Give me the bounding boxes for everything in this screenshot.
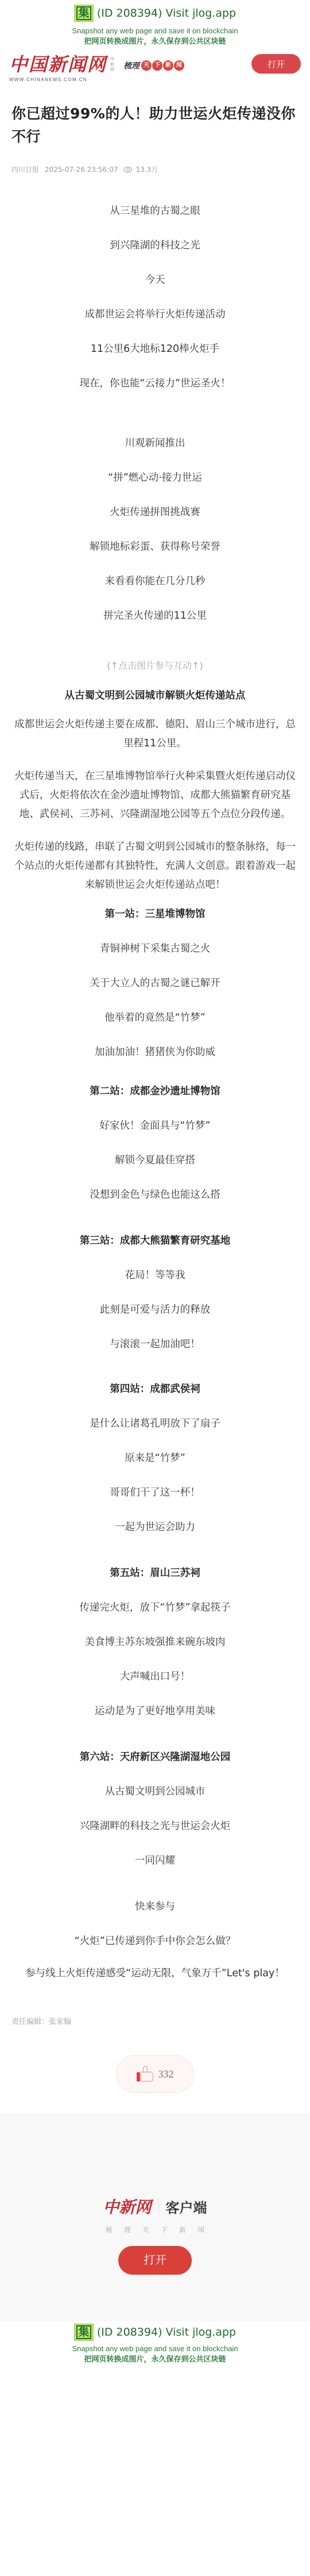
station-title: 第二站：成都金沙遗址博物馆 (11, 1084, 299, 1098)
responsible-editor: 责任编辑：张家翰 (11, 2015, 299, 2026)
thumbs-up-icon (137, 2065, 154, 2083)
jlog-title[interactable]: (ID 208394) Visit jlog.app (97, 2326, 236, 2339)
station-line: 一起为世运会助力 (11, 1520, 299, 1534)
station-line: 原来是“竹梦” (11, 1451, 299, 1465)
intro-line: 从三星堆的古蜀之眼 (11, 204, 299, 218)
station-line: 此刻是可爱与活力的释放 (11, 1303, 299, 1317)
paragraph: 火炬传递的线路，串联了古蜀文明到公园城市的整条脉络，每一个站点的火炬传递都有其独… (11, 838, 299, 895)
station-title: 第三站：成都大熊猫繁育研究基地 (11, 1234, 299, 1248)
promo-line: 川观新闻推出 (11, 436, 299, 450)
section-heading: 从古蜀文明到公园城市解锁火炬传递站点 (11, 689, 299, 703)
jlog-logo-icon: 集 (74, 2324, 94, 2341)
jlog-banner-top: 集 (ID 208394) Visit jlog.app Snapshot an… (0, 0, 310, 47)
station-title: 第五站：眉山三苏祠 (11, 1566, 299, 1580)
intro-line: 今天 (11, 273, 299, 287)
outro-paragraph: 参与线上火炬传递感受“运动无限，气象万千”Let's play！ (11, 1964, 299, 1983)
station-line: 美食博主苏东坡强推来碗东坡肉 (11, 1635, 299, 1649)
station-line: 加油加油！猪猪侠为你助威 (11, 1045, 299, 1059)
article-body: 从三星堆的古蜀之眼 到兴隆湖的科技之光 今天 成都世运会将举行火炬传递活动 11… (11, 204, 299, 1983)
header-slogan: 梳理 天 下 新 闻 (123, 60, 184, 71)
app-promo-footer: 中新网 客户端 梳理天下新闻 打开 (0, 2113, 310, 2321)
chinanews-logo[interactable]: 中国新闻网 中 新 网 WWW.CHINANEWS.COM.CN (9, 54, 114, 82)
station-line: 好家伙！金面具与“竹梦” (11, 1119, 299, 1133)
promo-line: 解锁地标彩蛋、获得称号荣誉 (11, 540, 299, 554)
station-line: 花局！等等我 (11, 1268, 299, 1282)
like-button[interactable]: 332 (116, 2055, 194, 2093)
eye-icon (123, 167, 132, 172)
station-line: 他举着的竟然是“竹梦” (11, 1011, 299, 1025)
paragraph: 成都世运会火炬传递主要在成都、德阳、眉山三个城市进行，总里程11公里。 (11, 715, 299, 753)
footer-divider (158, 2198, 159, 2215)
outro-line: “火炬”已传递到你手中你会怎么做？ (11, 1934, 299, 1948)
station-line: 关于大立人的古蜀之谜已解开 (11, 976, 299, 990)
station-line: 没想到金色与绿色也能这么搭 (11, 1188, 299, 1202)
intro-line: 成都世运会将举行火炬传递活动 (11, 308, 299, 321)
intro-line: 到兴隆湖的科技之光 (11, 239, 299, 252)
jlog-banner-bottom: 集 (ID 208394) Visit jlog.app Snapshot an… (0, 2321, 310, 2364)
jlog-subtitle-en: Snapshot any web page and save it on blo… (0, 26, 310, 35)
jlog-logo-icon: 集 (74, 5, 94, 22)
promo-line: 来看看你能在几分几秒 (11, 574, 299, 588)
view-count: 13.3万 (135, 164, 158, 174)
article-meta: 四川日报 2025-07-26 23:56:07 13.3万 (11, 164, 299, 174)
logo-url: WWW.CHINANEWS.COM.CN (9, 77, 114, 82)
station-line: 哥哥们干了这一杯！ (11, 1486, 299, 1500)
station-line: 运动是为了更好地享用美味 (11, 1704, 299, 1718)
intro-line: 现在，你也能“云接力”世运圣火！ (11, 377, 299, 390)
station-line: 是什么让诸葛孔明放下了扇子 (11, 1417, 299, 1431)
paragraph: 火炬传递当天，在三星堆博物馆举行火种采集暨火炬传递启动仪式后，火炬将依次在金沙遗… (11, 767, 299, 824)
footer-app-label: 客户端 (166, 2196, 207, 2217)
station-line: 从古蜀文明到公园城市 (11, 1785, 299, 1799)
article-title: 你已超过99%的人！助力世运火炬传递没你不行 (11, 102, 299, 148)
jlog-subtitle-zh: 把网页转换成图片，永久保存到公共区块链 (0, 2353, 310, 2364)
jlog-subtitle-en: Snapshot any web page and save it on blo… (0, 2344, 310, 2353)
promo-line: 火炬传递拼图挑战赛 (11, 505, 299, 519)
station-title: 第六站：天府新区兴隆湖湿地公园 (11, 1750, 299, 1764)
footer-logo: 中新网 (103, 2195, 151, 2218)
promo-line: 拼完圣火传递的11公里 (11, 609, 299, 623)
like-count: 332 (158, 2068, 174, 2080)
outro-line: 快来参与 (11, 1900, 299, 1914)
logo-mini-text: 中 新 网 (110, 57, 114, 72)
station-title: 第四站：成都武侯祠 (11, 1382, 299, 1396)
open-app-button-top[interactable]: 打开 (251, 54, 301, 74)
site-header: 中国新闻网 中 新 网 WWW.CHINANEWS.COM.CN 梳理 天 下 … (0, 47, 310, 92)
station-line: 一同闪耀 (11, 1854, 299, 1868)
station-line: 与滚滚一起加油吧！ (11, 1337, 299, 1351)
station-line: 青铜神树下采集古蜀之火 (11, 942, 299, 956)
logo-text: 中国新闻网 (9, 54, 107, 75)
open-app-button-bottom[interactable]: 打开 (118, 2246, 192, 2275)
footer-slogan: 梳理天下新闻 (0, 2225, 310, 2234)
promo-line: “拼”燃心动·接力世运 (11, 471, 299, 485)
station-line: 兴隆湖畔的科技之光与世运会火炬 (11, 1819, 299, 1833)
article: 你已超过99%的人！助力世运火炬传递没你不行 四川日报 2025-07-26 2… (0, 102, 310, 2093)
article-source: 四川日报 (11, 164, 39, 174)
article-datetime: 2025-07-26 23:56:07 (45, 166, 118, 174)
station-line: 大声喊出口号！ (11, 1670, 299, 1684)
jlog-title[interactable]: (ID 208394) Visit jlog.app (97, 7, 236, 20)
station-line: 传递完火炬，放下“竹梦”拿起筷子 (11, 1601, 299, 1615)
station-line: 解锁今夏最佳穿搭 (11, 1153, 299, 1167)
interaction-hint[interactable]: (↑点击图片参与互动↑) (11, 658, 299, 672)
station-title: 第一站：三星堆博物馆 (11, 907, 299, 921)
jlog-subtitle-zh: 把网页转换成图片，永久保存到公共区块链 (0, 35, 310, 46)
intro-line: 11公里6大地标120棒火炬手 (11, 342, 299, 356)
